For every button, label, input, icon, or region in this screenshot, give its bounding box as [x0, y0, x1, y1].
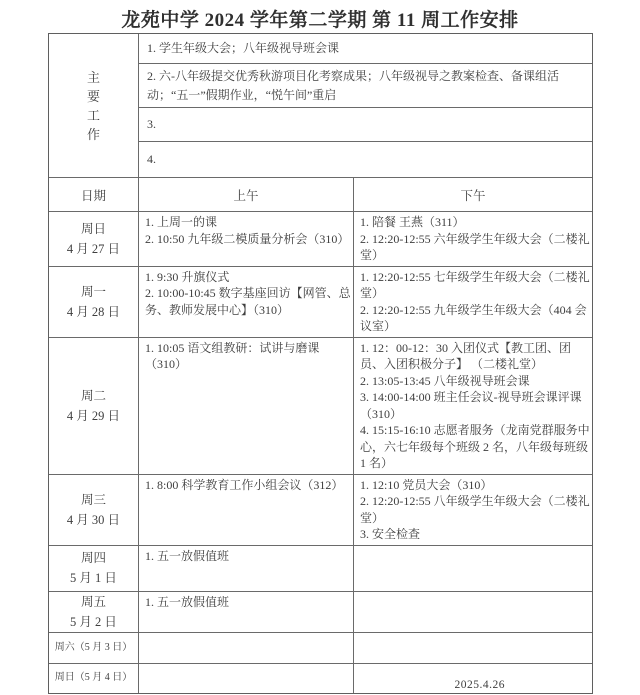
schedule-entry: 1. 9:30 升旗仪式 [145, 269, 351, 286]
morning-cell: 1. 五一放假值班 [138, 592, 353, 632]
date-cell: 周三 4 月 30 日 [49, 475, 138, 545]
date-label: 4 月 28 日 [67, 302, 120, 322]
date-label: 5 月 1 日 [70, 568, 117, 588]
day-label: 周六（5 月 3 日） [55, 642, 133, 654]
footer-date: 2025.4.26 [0, 679, 505, 691]
schedule-entry: 2. 10:00-10:45 数字基座回访【网管、总务、教师发展中心】（310） [145, 285, 351, 318]
table-row: 周二 4 月 29 日 1. 10:05 语文组教研：试讲与磨课（310） 1.… [49, 337, 592, 474]
column-header-afternoon: 下午 [353, 178, 592, 211]
day-label: 周三 [81, 490, 106, 510]
schedule-entry: 3. 安全检查 [360, 526, 590, 543]
main-work-label-cell: 主要工作 [49, 34, 138, 177]
date-cell: 周日 4 月 27 日 [49, 212, 138, 266]
column-header-date: 日期 [49, 178, 138, 211]
main-work-items: 1. 学生年级大会；八年级视导班会课 2. 六-八年级提交优秀秋游项目化考察成果… [138, 34, 592, 177]
table-row: 周四 5 月 1 日 1. 五一放假值班 [49, 545, 592, 591]
table-row: 周日 4 月 27 日 1. 上周一的课2. 10:50 九年级二模质量分析会（… [49, 211, 592, 266]
schedule-entry: 1. 陪餐 王燕（311） [360, 214, 590, 231]
table-row: 周一 4 月 28 日 1. 9:30 升旗仪式2. 10:00-10:45 数… [49, 266, 592, 337]
date-label: 5 月 2 日 [70, 612, 117, 632]
day-label: 周四 [81, 548, 106, 568]
morning-cell: 1. 10:05 语文组教研：试讲与磨课（310） [138, 338, 353, 474]
morning-cell: 1. 8:00 科学教育工作小组会议（312） [138, 475, 353, 545]
table-row: 周五 5 月 2 日 1. 五一放假值班 [49, 591, 592, 632]
day-label: 周五 [81, 592, 106, 612]
main-work-item: 2. 六-八年级提交优秀秋游项目化考察成果；八年级视导之教案检查、备课组活动；“… [139, 63, 592, 107]
schedule-entry: 1. 8:00 科学教育工作小组会议（312） [145, 477, 351, 494]
morning-cell: 1. 9:30 升旗仪式2. 10:00-10:45 数字基座回访【网管、总务、… [138, 267, 353, 337]
date-label: 4 月 29 日 [67, 406, 120, 426]
day-label: 周二 [81, 386, 106, 406]
schedule-entry: 2. 12:20-12:55 九年级学生年级大会（404 会议室） [360, 302, 590, 335]
schedule-header-row: 日期 上午 下午 [49, 177, 592, 211]
day-label: 周一 [81, 282, 106, 302]
date-cell: 周一 4 月 28 日 [49, 267, 138, 337]
morning-cell [138, 633, 353, 663]
schedule-entry: 3. 14:00-14:00 班主任会议-视导班会课评课（310） [360, 389, 590, 422]
morning-cell: 1. 五一放假值班 [138, 546, 353, 591]
main-work-item: 4. [139, 141, 592, 177]
afternoon-cell [353, 633, 592, 663]
main-work-label: 主要工作 [86, 68, 101, 144]
schedule-entry: 1. 12:20-12:55 七年级学生年级大会（二楼礼堂） [360, 269, 590, 302]
schedule-entry: 1. 10:05 语文组教研：试讲与磨课（310） [145, 340, 351, 373]
date-label: 4 月 27 日 [67, 239, 120, 259]
work-schedule-page: 龙苑中学 2024 学年第二学期 第 11 周工作安排 主要工作 1. 学生年级… [0, 0, 640, 695]
schedule-table: 主要工作 1. 学生年级大会；八年级视导班会课 2. 六-八年级提交优秀秋游项目… [48, 33, 593, 694]
morning-cell: 1. 上周一的课2. 10:50 九年级二模质量分析会（310） [138, 212, 353, 266]
schedule-entry: 2. 10:50 九年级二模质量分析会（310） [145, 231, 351, 248]
date-cell: 周四 5 月 1 日 [49, 546, 138, 591]
day-label: 周日 [81, 219, 106, 239]
table-row: 周三 4 月 30 日 1. 8:00 科学教育工作小组会议（312） 1. 1… [49, 474, 592, 545]
date-label: 4 月 30 日 [67, 510, 120, 530]
date-cell: 周二 4 月 29 日 [49, 338, 138, 474]
schedule-entry: 2. 12:20-12:55 八年级学生年级大会（二楼礼堂） [360, 493, 590, 526]
main-work-item: 3. [139, 107, 592, 141]
schedule-entry: 4. 15:15-16:10 志愿者服务（龙南党群服务中心，六七年级每个班级 2… [360, 422, 590, 472]
schedule-entry: 1. 12：00-12：30 入团仪式【教工团、团员、入团积极分子】 （二楼礼堂… [360, 340, 590, 373]
schedule-entry: 1. 五一放假值班 [145, 548, 351, 565]
table-row: 周六（5 月 3 日） [49, 632, 592, 663]
afternoon-cell [353, 546, 592, 591]
page-title: 龙苑中学 2024 学年第二学期 第 11 周工作安排 [0, 5, 640, 32]
afternoon-cell: 1. 12：00-12：30 入团仪式【教工团、团员、入团积极分子】 （二楼礼堂… [353, 338, 592, 474]
column-header-morning: 上午 [138, 178, 353, 211]
schedule-entry: 1. 五一放假值班 [145, 594, 351, 611]
schedule-entry: 2. 12:20-12:55 六年级学生年级大会（二楼礼堂） [360, 231, 590, 264]
afternoon-cell: 1. 12:20-12:55 七年级学生年级大会（二楼礼堂）2. 12:20-1… [353, 267, 592, 337]
date-cell: 周六（5 月 3 日） [49, 633, 138, 663]
date-cell: 周五 5 月 2 日 [49, 592, 138, 632]
schedule-entry: 1. 12:10 党员大会（310） [360, 477, 590, 494]
schedule-entry: 1. 上周一的课 [145, 214, 351, 231]
afternoon-cell [353, 592, 592, 632]
afternoon-cell: 1. 陪餐 王燕（311）2. 12:20-12:55 六年级学生年级大会（二楼… [353, 212, 592, 266]
schedule-entry: 2. 13:05-13:45 八年级视导班会课 [360, 373, 590, 390]
main-work-section: 主要工作 1. 学生年级大会；八年级视导班会课 2. 六-八年级提交优秀秋游项目… [49, 34, 592, 177]
afternoon-cell: 1. 12:10 党员大会（310）2. 12:20-12:55 八年级学生年级… [353, 475, 592, 545]
main-work-item: 1. 学生年级大会；八年级视导班会课 [139, 34, 592, 63]
